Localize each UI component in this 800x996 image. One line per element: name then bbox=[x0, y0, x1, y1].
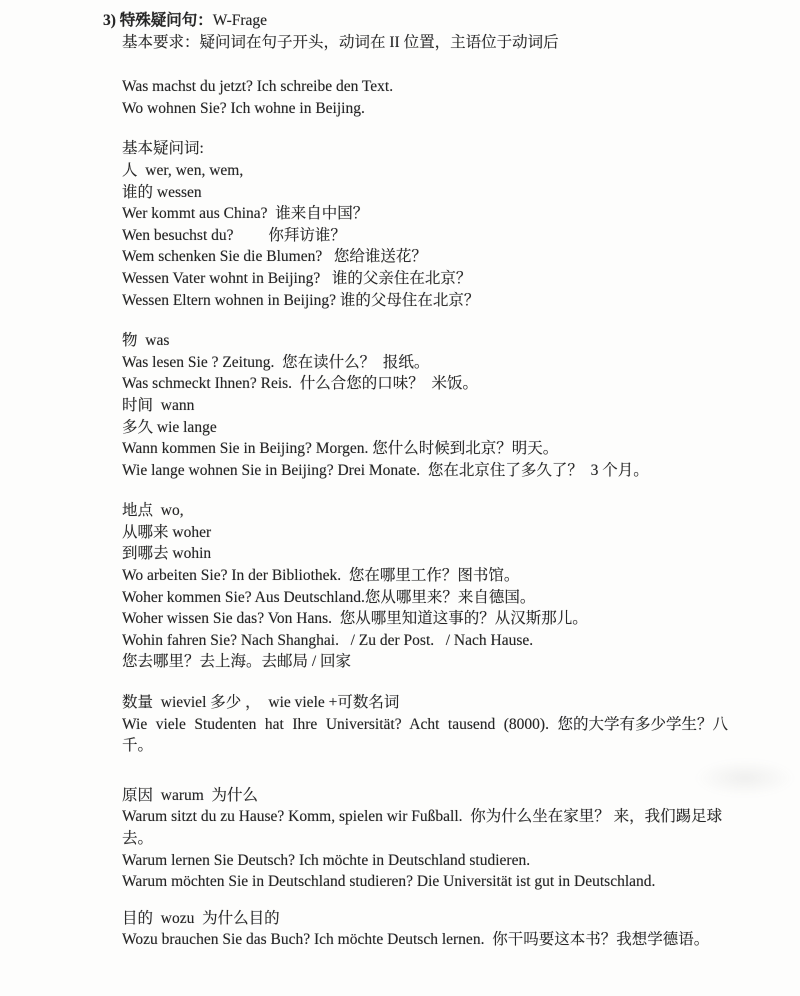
text-line: Was lesen Sie ? Zeitung. 您在读什么？ 报纸。 bbox=[122, 352, 752, 374]
text-line: 去。 bbox=[122, 828, 752, 850]
text-line: 多久 wie lange bbox=[122, 417, 752, 439]
text-lines-container: 基本要求：疑问词在句子开头，动词在 II 位置，主语位于动词后Was machs… bbox=[122, 32, 752, 951]
section-heading: 3) 特殊疑问句：W-Frage bbox=[103, 10, 752, 32]
text-line: Warum lernen Sie Deutsch? Ich möchte in … bbox=[122, 850, 752, 872]
text-line: 目的 wozu 为什么目的 bbox=[122, 908, 752, 930]
text-line: 原因 warum 为什么 bbox=[122, 785, 752, 807]
blank-gap bbox=[122, 119, 752, 138]
text-line: Wer kommt aus China? 谁来自中国？ bbox=[122, 203, 752, 225]
text-line: Was schmeckt Ihnen? Reis. 什么合您的口味？ 米饭。 bbox=[122, 373, 752, 395]
text-line: 基本疑问词: bbox=[122, 138, 752, 160]
blank-gap bbox=[122, 311, 752, 330]
document-body: 3) 特殊疑问句：W-Frage 基本要求：疑问词在句子开头，动词在 II 位置… bbox=[122, 10, 752, 951]
text-line: 从哪来 woher bbox=[122, 522, 752, 544]
text-line: Wessen Vater wohnt in Beijing? 谁的父亲住在北京？ bbox=[122, 268, 752, 290]
blank-gap bbox=[122, 481, 752, 500]
text-line: 地点 wo, bbox=[122, 500, 752, 522]
section-title-latin: W-Frage bbox=[213, 12, 267, 29]
blank-gap bbox=[122, 757, 752, 785]
text-line: 到哪去 wohin bbox=[122, 543, 752, 565]
text-line: Wen besuchst du? 你拜访谁？ bbox=[122, 225, 752, 247]
text-line: Wem schenken Sie die Blumen? 您给谁送花？ bbox=[122, 246, 752, 268]
text-line: Wessen Eltern wohnen in Beijing? 谁的父母住在北… bbox=[122, 290, 752, 312]
text-line: 基本要求：疑问词在句子开头，动词在 II 位置，主语位于动词后 bbox=[122, 32, 752, 54]
text-line: 人 wer, wen, wem, bbox=[122, 160, 752, 182]
section-number-title: 3) 特殊疑问句： bbox=[103, 12, 213, 29]
text-line: Was machst du jetzt? Ich schreibe den Te… bbox=[122, 76, 752, 98]
blank-gap bbox=[122, 673, 752, 692]
text-line: 物 was bbox=[122, 330, 752, 352]
text-line: Wozu brauchen Sie das Buch? Ich möchte D… bbox=[122, 929, 752, 951]
text-line: Woher kommen Sie? Aus Deutschland.您从哪里来？… bbox=[122, 587, 752, 609]
text-line: Wann kommen Sie in Beijing? Morgen. 您什么时… bbox=[122, 438, 752, 460]
text-line: Warum möchten Sie in Deutschland studier… bbox=[122, 871, 752, 893]
text-line: 数量 wieviel 多少 ， wie viele +可数名词 bbox=[122, 692, 752, 714]
text-line: 时间 wann bbox=[122, 395, 752, 417]
text-line: Wie lange wohnen Sie in Beijing? Drei Mo… bbox=[122, 460, 752, 482]
document-page: 3) 特殊疑问句：W-Frage 基本要求：疑问词在句子开头，动词在 II 位置… bbox=[0, 0, 800, 996]
text-line: Wo arbeiten Sie? In der Bibliothek. 您在哪里… bbox=[122, 565, 752, 587]
text-line: 谁的 wessen bbox=[122, 182, 752, 204]
text-line: Woher wissen Sie das? Von Hans. 您从哪里知道这事… bbox=[122, 608, 752, 630]
text-line: Wo wohnen Sie? Ich wohne in Beijing. bbox=[122, 98, 752, 120]
text-line: Wohin fahren Sie? Nach Shanghai. / Zu de… bbox=[122, 630, 752, 652]
blank-gap bbox=[122, 893, 752, 908]
text-line: 千。 bbox=[122, 735, 752, 757]
text-line: 您去哪里？去上海。去邮局 / 回家 bbox=[122, 651, 752, 673]
text-line: Warum sitzt du zu Hause? Komm, spielen w… bbox=[122, 806, 752, 828]
blank-gap bbox=[122, 53, 752, 76]
text-line: Wie viele Studenten hat Ihre Universität… bbox=[122, 714, 752, 736]
